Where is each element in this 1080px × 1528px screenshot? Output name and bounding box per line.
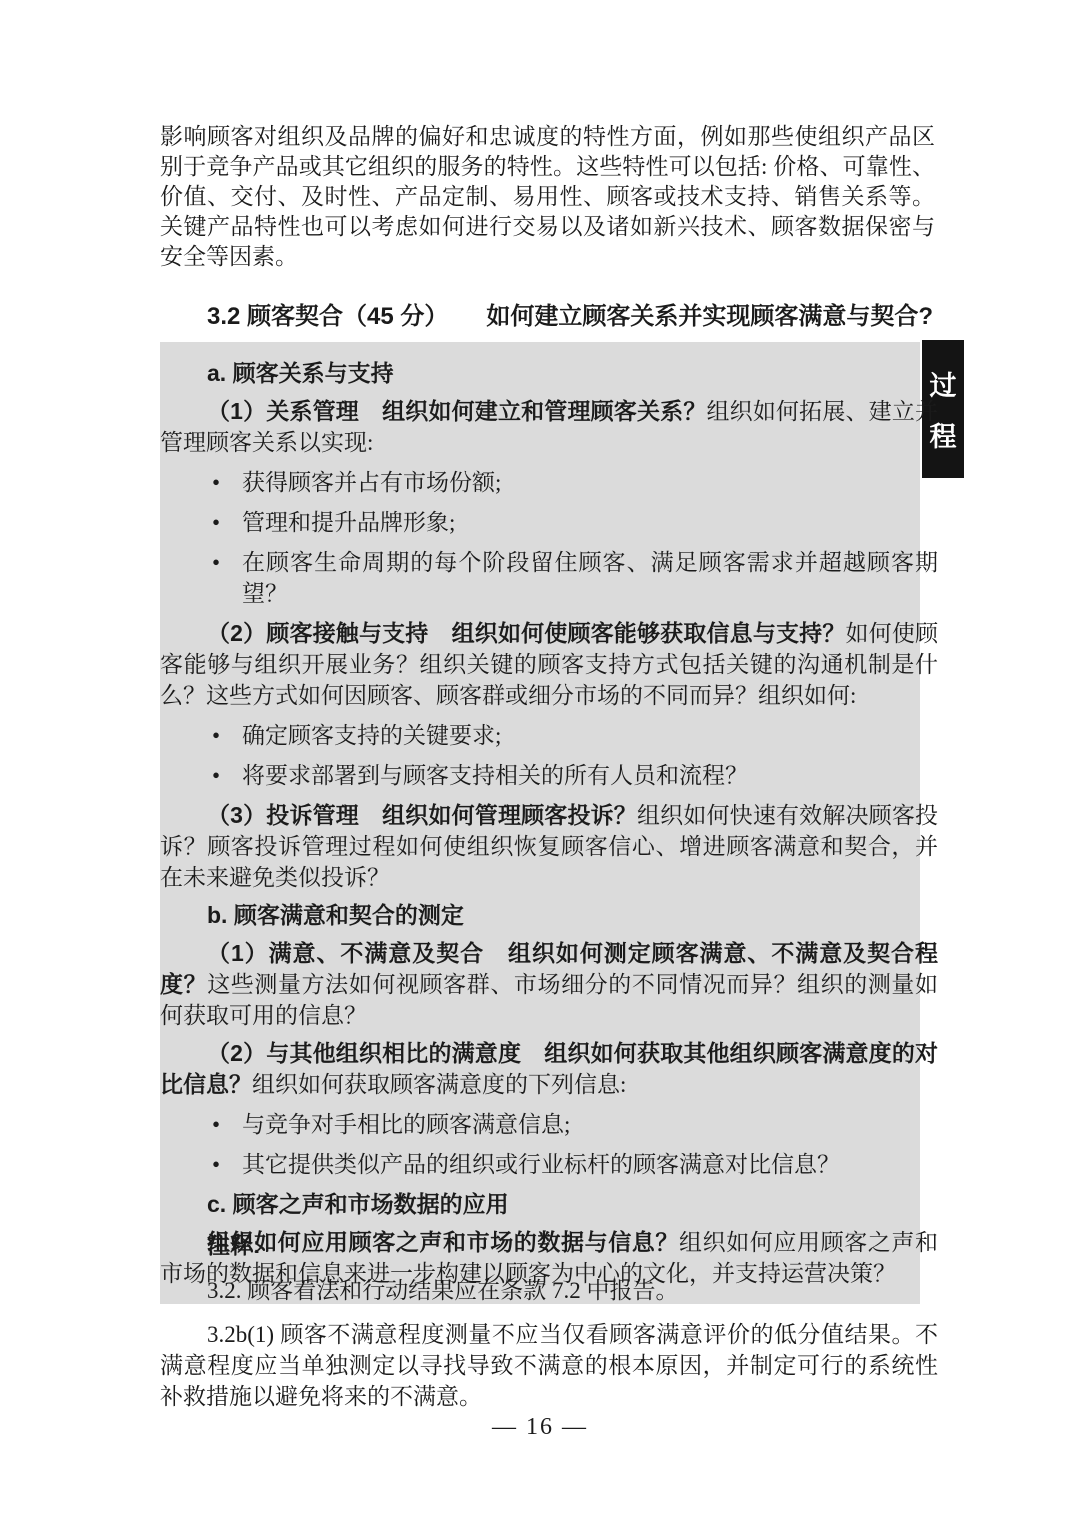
paragraph-a3-bold: （3）投诉管理 组织如何管理顾客投诉？ [207, 802, 637, 828]
list-item-text: 与竞争对手相比的顾客满意信息; [242, 1112, 570, 1137]
note-item-1: 3.2. 顾客看法和行动结果应在条款 7.2 中报告。 [160, 1275, 938, 1306]
criteria-box: a. 顾客关系与支持 （1）关系管理 组织如何建立和管理顾客关系？组织如何拓展、… [160, 342, 938, 1304]
bullet-list-c: 与竞争对手相比的顾客满意信息; 其它提供类似产品的组织或行业标杆的顾客满意对比信… [160, 1109, 938, 1180]
paragraph-a2-bold: （2）顾客接触与支持 组织如何使顾客能够获取信息与支持？ [207, 620, 846, 646]
intro-paragraph: 影响顾客对组织及品牌的偏好和忠诚度的特性方面，例如那些使组织产品区别于竞争产品或… [160, 122, 935, 272]
bullet-list-b: 确定顾客支持的关键要求; 将要求部署到与顾客支持相关的所有人员和流程？ [160, 720, 938, 791]
paragraph-a1-bold: （1）关系管理 组织如何建立和管理顾客关系？ [207, 398, 706, 424]
paragraph-b2: （2）与其他组织相比的满意度 组织如何获取其他组织顾客满意度的对比信息？组织如何… [160, 1038, 938, 1100]
list-item: 将要求部署到与顾客支持相关的所有人员和流程？ [160, 760, 938, 791]
list-item-text: 在顾客生命周期的每个阶段留住顾客、满足顾客需求并超越顾客期望？ [242, 550, 938, 606]
bullet-list-a: 获得顾客并占有市场份额; 管理和提升品牌形象; 在顾客生命周期的每个阶段留住顾客… [160, 467, 938, 609]
section-b-heading: b. 顾客满意和契合的测定 [160, 900, 938, 931]
paragraph-b1: （1）满意、不满意及契合 组织如何测定顾客满意、不满意及契合程度？这些测量方法如… [160, 938, 938, 1031]
list-item-text: 其它提供类似产品的组织或行业标杆的顾客满意对比信息？ [242, 1152, 840, 1177]
note-item-2: 3.2b(1) 顾客不满意程度测量不应当仅看顾客满意评价的低分值结果。不满意程度… [160, 1319, 938, 1412]
item-heading: 3.2 顾客契合（45 分）如何建立顾客关系并实现顾客满意与契合? [160, 301, 960, 333]
notes-label: 注释: [160, 1230, 938, 1261]
paragraph-b2-rest: 组织如何获取顾客满意度的下列信息: [252, 1072, 626, 1097]
notes-section: 注释: 3.2. 顾客看法和行动结果应在条款 7.2 中报告。 3.2b(1) … [160, 1230, 938, 1425]
paragraph-a1: （1）关系管理 组织如何建立和管理顾客关系？组织如何拓展、建立并管理顾客关系以实… [160, 396, 938, 458]
list-item: 在顾客生命周期的每个阶段留住顾客、满足顾客需求并超越顾客期望？ [160, 547, 938, 609]
list-item-text: 获得顾客并占有市场份额; [242, 470, 501, 495]
item-question: 如何建立顾客关系并实现顾客满意与契合? [486, 303, 933, 330]
list-item-text: 将要求部署到与顾客支持相关的所有人员和流程？ [242, 763, 748, 788]
list-item: 获得顾客并占有市场份额; [160, 467, 938, 498]
list-item-text: 确定顾客支持的关键要求; [242, 723, 501, 748]
section-c-heading: c. 顾客之声和市场数据的应用 [160, 1189, 938, 1220]
section-a-heading: a. 顾客关系与支持 [160, 358, 938, 389]
list-item: 其它提供类似产品的组织或行业标杆的顾客满意对比信息？ [160, 1149, 938, 1180]
list-item: 确定顾客支持的关键要求; [160, 720, 938, 751]
item-number-title: 3.2 顾客契合（45 分） [207, 303, 448, 330]
list-item-text: 管理和提升品牌形象; [242, 510, 455, 535]
list-item: 管理和提升品牌形象; [160, 507, 938, 538]
paragraph-a3: （3）投诉管理 组织如何管理顾客投诉？组织如何快速有效解决顾客投诉？顾客投诉管理… [160, 800, 938, 893]
paragraph-b1-rest: 这些测量方法如何视顾客群、市场细分的不同情况而异？组织的测量如何获取可用的信息？ [160, 972, 938, 1028]
list-item: 与竞争对手相比的顾客满意信息; [160, 1109, 938, 1140]
page-number: — 16 — [0, 1414, 1080, 1441]
paragraph-a2: （2）顾客接触与支持 组织如何使顾客能够获取信息与支持？如何使顾客能够与组织开展… [160, 618, 938, 711]
